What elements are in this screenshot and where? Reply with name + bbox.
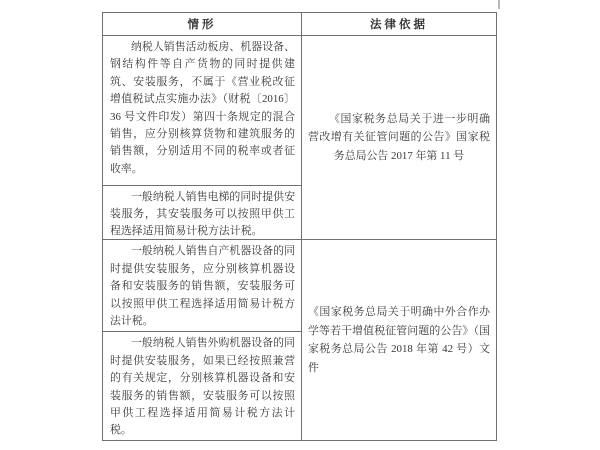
situation-cell-1: 纳税人销售活动板房、机器设备、钢结构件等自产货物的同时提供建筑、安装服务，不属于… [103, 36, 302, 186]
column-header-situation: 情形 [103, 13, 302, 36]
situation-cell-3: 一般纳税人销售自产机器设备的同时提供安装服务，应分别核算机器设备和安装服务的销售… [103, 240, 302, 332]
legal-basis-text-2: 《国家税务总局关于明确中外合作办学等若干增值税征管问题的公告》（国家税务总局公告… [308, 303, 490, 377]
table-row: 纳税人销售活动板房、机器设备、钢结构件等自产货物的同时提供建筑、安装服务，不属于… [103, 36, 497, 186]
situation-text-3: 一般纳税人销售自产机器设备的同时提供安装服务，应分别核算机器设备和安装服务的销售… [110, 243, 295, 330]
legal-basis-cell-1: 《国家税务总局关于进一步明确营改增有关征管问题的公告》国家税务总局公告 2017… [302, 36, 497, 240]
table-row: 一般纳税人销售自产机器设备的同时提供安装服务，应分别核算机器设备和安装服务的销售… [103, 240, 497, 332]
situation-text-2: 一般纳税人销售电梯的同时提供安装服务，其安装服务可以按照甲供工程选择适用简易计税… [110, 189, 295, 239]
legal-basis-cell-2: 《国家税务总局关于明确中外合作办学等若干增值税征管问题的公告》（国家税务总局公告… [302, 240, 497, 440]
legal-basis-text-1: 《国家税务总局关于进一步明确营改增有关征管问题的公告》国家税务总局公告 2017… [308, 110, 490, 166]
document-page: 情形 法律依据 纳税人销售活动板房、机器设备、钢结构件等自产货物的同时提供建筑、… [0, 0, 600, 450]
situation-cell-4: 一般纳税人销售外购机器设备的同时提供安装服务，如果已经按照兼营的有关规定，分别核… [103, 332, 302, 440]
situation-text-1: 纳税人销售活动板房、机器设备、钢结构件等自产货物的同时提供建筑、安装服务，不属于… [110, 39, 295, 178]
tax-rules-table: 情形 法律依据 纳税人销售活动板房、机器设备、钢结构件等自产货物的同时提供建筑、… [102, 12, 497, 441]
situation-cell-2: 一般纳税人销售电梯的同时提供安装服务，其安装服务可以按照甲供工程选择适用简易计税… [103, 186, 302, 240]
scan-artifact-mark [498, 0, 500, 9]
column-header-legal-basis: 法律依据 [302, 13, 497, 36]
situation-text-4: 一般纳税人销售外购机器设备的同时提供安装服务，如果已经按照兼营的有关规定，分别核… [110, 335, 295, 439]
table-header-row: 情形 法律依据 [103, 13, 497, 36]
